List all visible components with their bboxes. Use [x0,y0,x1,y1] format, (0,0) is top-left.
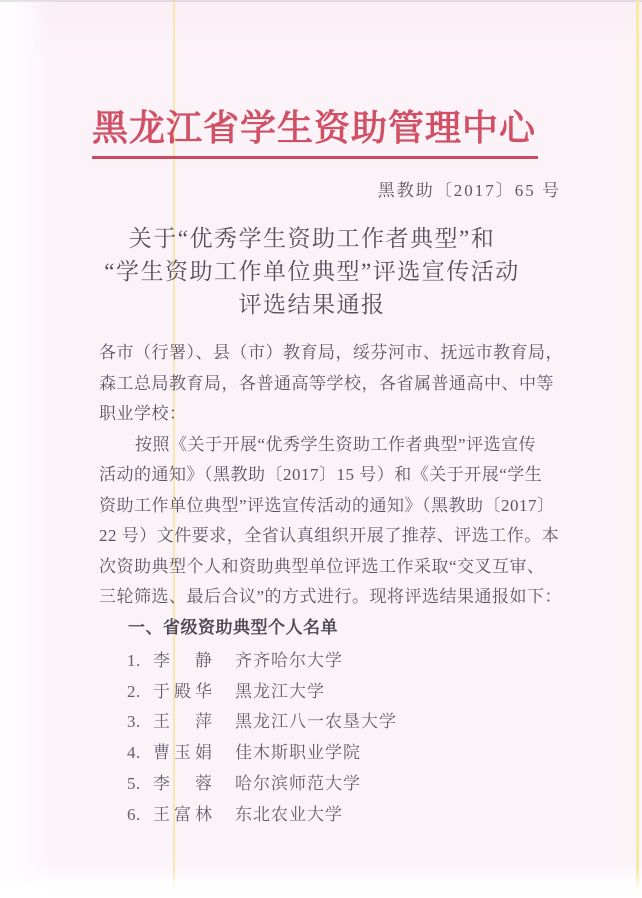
section-heading: 一、省级资助典型个人名单 [99,613,569,644]
letterhead-title: 黑龙江省学生资助管理中心 [0,100,628,151]
winner-organization: 东北农业大学 [235,800,343,831]
winner-row: 5. 李 蓉 哈尔滨师范大学 [127,769,569,800]
winner-number: 6. [127,800,153,831]
winner-row: 4. 曹玉娟 佳木斯职业学院 [127,738,569,769]
winner-name: 李 蓉 [153,769,235,800]
salutation-line: 森工总局教育局，各普通高等学校，各省属普通高中、中等 [99,369,569,400]
winner-organization: 齐齐哈尔大学 [235,646,343,677]
winner-row: 2. 于殿华 黑龙江大学 [127,677,569,708]
winner-name: 李 静 [153,646,235,677]
winner-number: 1. [127,646,153,677]
salutation-line: 职业学校： [99,399,569,430]
document-title-line: 评选结果通报 [34,288,590,321]
winner-name: 王 萍 [153,707,235,738]
winner-organization: 黑龙江大学 [235,677,325,708]
winner-name: 曹玉娟 [153,738,235,769]
winner-row: 3. 王 萍 黑龙江八一农垦大学 [127,707,569,738]
winner-organization: 哈尔滨师范大学 [235,769,361,800]
document-body: 各市（行署）、县（市）教育局，绥芬河市、抚远市教育局， 森工总局教育局，各普通高… [99,338,569,830]
salutation-line: 各市（行署）、县（市）教育局，绥芬河市、抚远市教育局， [99,338,569,369]
letterhead-rule [92,156,538,159]
body-line: 按照《关于开展“优秀学生资助工作者典型”评选宣传 [99,430,569,461]
winner-row: 6. 王富林 东北农业大学 [127,800,569,831]
winner-row: 1. 李 静 齐齐哈尔大学 [127,646,569,677]
winner-number: 2. [127,677,153,708]
document-number: 黑教助〔2017〕65 号 [99,176,561,201]
winner-number: 3. [127,707,153,738]
winner-number: 4. [127,738,153,769]
winner-organization: 黑龙江八一农垦大学 [235,707,397,738]
winner-organization: 佳木斯职业学院 [235,738,361,769]
scan-crease-line-right [636,0,639,898]
winner-name: 王富林 [153,800,235,831]
body-line: 22 号）文件要求，全省认真组织开展了推荐、评选工作。本 [99,521,569,552]
scan-top-edge [0,0,642,2]
document-title: 关于“优秀学生资助工作者典型”和 “学生资助工作单位典型”评选宣传活动 评选结果… [34,222,590,321]
winner-name: 于殿华 [153,677,235,708]
document-title-line: 关于“优秀学生资助工作者典型”和 [34,222,590,255]
winner-number: 5. [127,769,153,800]
body-line: 活动的通知》（黑教助〔2017〕15 号）和《关于开展“学生 [99,460,569,491]
body-line: 次资助典型个人和资助典型单位评选工作采取“交叉互审、 [99,552,569,583]
body-line: 资助工作单位典型”评选宣传活动的通知》（黑教助〔2017〕 [99,491,569,522]
body-line: 三轮筛选、最后合议”的方式进行。现将评选结果通报如下： [99,582,569,613]
document-title-line: “学生资助工作单位典型”评选宣传活动 [34,255,590,288]
scanned-document-page: 黑龙江省学生资助管理中心 黑教助〔2017〕65 号 关于“优秀学生资助工作者典… [0,0,642,898]
winner-list: 1. 李 静 齐齐哈尔大学 2. 于殿华 黑龙江大学 3. 王 萍 黑龙江八一农… [99,646,569,830]
